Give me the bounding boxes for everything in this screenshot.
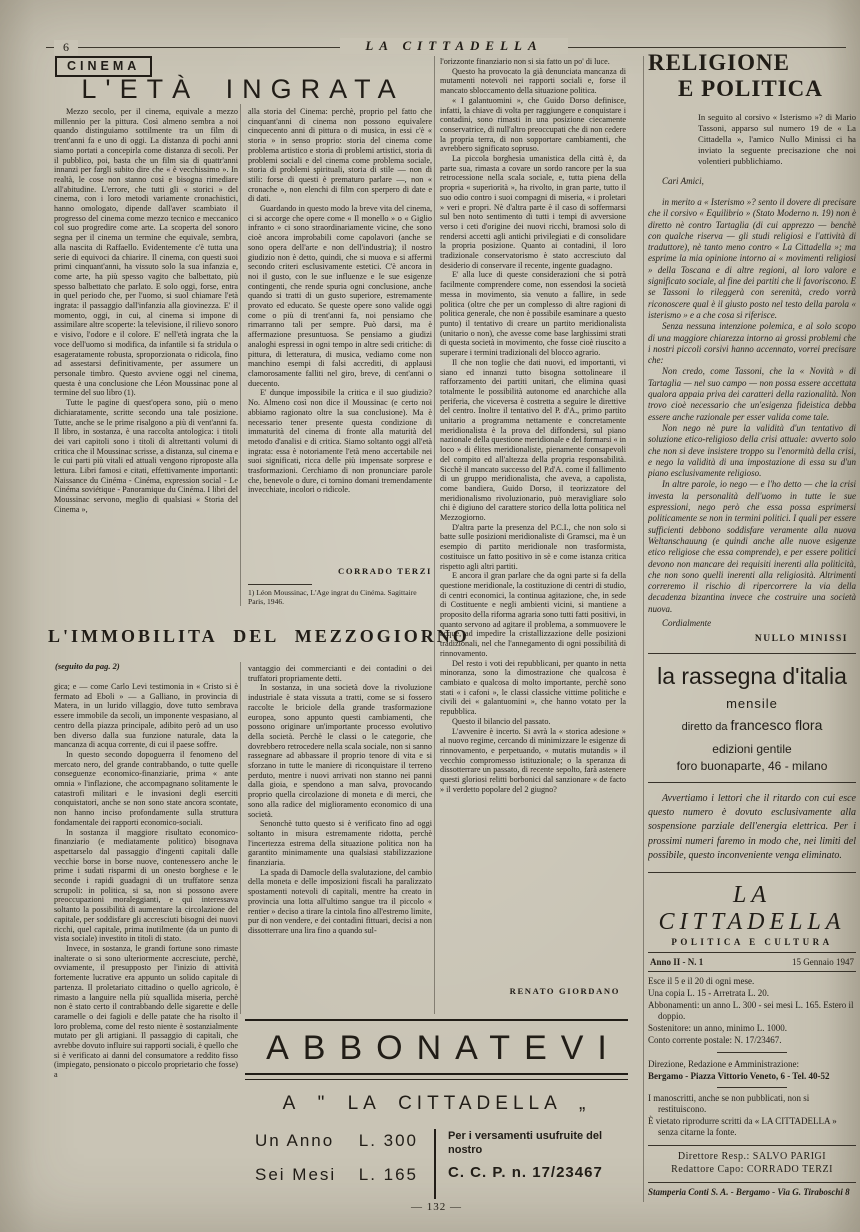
paragraph: Invece, in sostanza, le grandi fortune s… xyxy=(54,944,238,1080)
masthead-rule xyxy=(648,1182,856,1183)
rassegna-director-line: diretto da francesco flora xyxy=(648,717,856,733)
paragraph: in merito a « Isterismo »? sento il dove… xyxy=(648,197,856,321)
masthead-rule xyxy=(648,971,856,972)
rassegna-address: foro buonaparte, 46 - milano xyxy=(648,759,856,773)
director-name: francesco flora xyxy=(731,717,823,733)
price-line-half-year: Sei Mesi L. 165 xyxy=(255,1165,418,1185)
column-divider xyxy=(240,662,241,1014)
mezzogiorno-article-title: L'IMMOBILITA DEL MEZZOGIORNO xyxy=(48,626,436,647)
paragraph: L'avvenire è incerto. Si avrà la « stori… xyxy=(440,727,626,795)
page-footer-number: — 132 — xyxy=(245,1201,628,1213)
page-number: 6 xyxy=(54,40,78,55)
paragraph: D'altra parte la presenza del P.C.I., ch… xyxy=(440,523,626,572)
paragraph: E ancora il gran parlare che da ogni par… xyxy=(440,571,626,658)
issue-line: Anno II - N. 1 15 Gennaio 1947 xyxy=(648,955,856,969)
issue-date: 15 Gennaio 1947 xyxy=(792,957,854,967)
paragraph: Del resto i voti dei repubblicani, per q… xyxy=(440,659,626,717)
section-rule xyxy=(648,782,856,783)
paragraph: La piccola borghesia umanistica della ci… xyxy=(440,154,626,270)
price-value: L. 165 xyxy=(359,1165,418,1185)
subscription-ad: ABBONATEVI A " LA CITTADELLA „ Un Anno L… xyxy=(245,1019,628,1199)
mezzogiorno-column-2: vantaggio dei commercianti e dei contadi… xyxy=(248,664,432,1016)
paragraph: Tutte le pagine di quest'opera sono, più… xyxy=(54,398,238,514)
ad-double-rule xyxy=(245,1073,628,1080)
paragraph: Conto corrente postale: N. 17/23467. xyxy=(648,1035,856,1047)
directed-by-label: diretto da xyxy=(682,721,728,733)
paragraph: alla storia del Cinema: perchè, proprio … xyxy=(248,107,432,204)
cinema-article-column-2: alla storia del Cinema: perchè, proprio … xyxy=(248,107,432,565)
mezzogiorno-column-1: gica; e — come Carlo Levi testimonia in … xyxy=(54,682,238,1209)
religione-title-line2: E POLITICA xyxy=(648,76,856,102)
paragraph: Abbonamenti: un anno L. 300 - sei mesi L… xyxy=(648,1000,856,1024)
mezzogiorno-article-byline: RENATO GIORDANO xyxy=(440,986,634,996)
rassegna-frequency: mensile xyxy=(648,696,856,711)
footnote-rule xyxy=(248,584,312,585)
column-divider xyxy=(643,56,644,1202)
price-value: L. 300 xyxy=(359,1131,418,1151)
letter-closing: Cordialmente xyxy=(648,618,856,628)
paragraph: In sostanza, in una società dove la rivo… xyxy=(248,683,432,819)
subscription-pricing-row: Un Anno L. 300 Sei Mesi L. 165 Per i ver… xyxy=(245,1129,628,1199)
religione-editor-intro: In seguito al corsivo « Isterismo »? di … xyxy=(698,112,856,167)
paragraph: Questo ha provocato la già denunciata ma… xyxy=(440,67,626,96)
subscription-prices: Un Anno L. 300 Sei Mesi L. 165 xyxy=(245,1129,434,1199)
rassegna-ad-title: la rassegna d'italia xyxy=(648,663,856,690)
masthead-rule xyxy=(648,1145,856,1146)
cinema-article-column-1: Mezzo secolo, per il cinema, equivale a … xyxy=(54,107,238,607)
price-label: Sei Mesi xyxy=(255,1165,336,1185)
masthead-box-subtitle: POLITICA E CULTURA xyxy=(648,937,856,947)
issue-number: Anno II - N. 1 xyxy=(650,957,703,967)
column-divider xyxy=(434,56,435,1014)
paragraph: In altre parole, io nego — e l'ho detto … xyxy=(648,479,856,615)
paragraph: Sostenitore: un anno, minimo L. 1000. xyxy=(648,1023,856,1035)
reproduction-note: È vietato riprodurre scritti da « LA CIT… xyxy=(648,1116,856,1139)
ad-top-rule xyxy=(245,1019,628,1021)
continuation-note: (seguito da pag. 2) xyxy=(55,661,120,671)
printer-credit: Stamperia Conti S. A. - Bergamo - Via G.… xyxy=(648,1187,856,1197)
postal-account-number: C. C. P. n. 17/23467 xyxy=(448,1164,628,1181)
paragraph: In questo secondo dopoguerra il fenomeno… xyxy=(54,750,238,828)
subscription-ad-title: ABBONATEVI xyxy=(245,1029,628,1068)
editor-line: Redattore Capo: CORRADO TERZI xyxy=(648,1163,856,1177)
right-column: RELIGIONE E POLITICA In seguito al corsi… xyxy=(648,50,856,1232)
paragraph: E' dunque impossibile la critica e il su… xyxy=(248,388,432,495)
newspaper-page: 6 LA CITTADELLA CINEMA L'ETÀ INGRATA Mez… xyxy=(0,0,860,1232)
masthead-box-title: LA CITTADELLA xyxy=(648,882,856,936)
subscription-ad-subtitle: A " LA CITTADELLA „ xyxy=(245,1093,628,1115)
paragraph: Non credo, come Tassoni, che la « Novità… xyxy=(648,366,856,422)
masthead-running-title: LA CITTADELLA xyxy=(340,38,568,54)
director-line: Direttore Resp.: SALVO PARIGI xyxy=(648,1150,856,1164)
price-line-year: Un Anno L. 300 xyxy=(255,1131,418,1151)
publisher-notice: Avvertiamo i lettori che il ritardo con … xyxy=(648,792,856,863)
payment-text: Per i versamenti usufruite del nostro xyxy=(448,1129,628,1157)
paragraph: La spada di Damocle della svalutazione, … xyxy=(248,868,432,936)
paragraph: Non nego nè pure la validità d'un tentat… xyxy=(648,423,856,479)
subscription-payment-info: Per i versamenti usufruite del nostro C.… xyxy=(434,1129,628,1199)
admin-address: Bergamo - Piazza Vittorio Veneto, 6 - Te… xyxy=(648,1070,856,1082)
paragraph: gica; e — come Carlo Levi testimonia in … xyxy=(54,682,238,750)
paragraph: l'orizzonte finanziario non si sia fatto… xyxy=(440,57,626,67)
mezzogiorno-column-3: l'orizzonte finanziario non si sia fatto… xyxy=(440,57,626,983)
masthead-admin: Direzione, Redazione e Amministrazione: … xyxy=(648,1058,856,1082)
paragraph: « I galantuomini », che Guido Dorso defi… xyxy=(440,96,626,154)
paragraph: Questo il bilancio del passato. xyxy=(440,717,626,727)
letter-body: in merito a « Isterismo »? sento il dove… xyxy=(648,197,856,615)
paragraph: Il che non toglie che dati nuovi, ed imp… xyxy=(440,358,626,523)
paragraph: E' alla luce di queste considerazioni ch… xyxy=(440,270,626,357)
price-label: Un Anno xyxy=(255,1131,334,1151)
paragraph: Mezzo secolo, per il cinema, equivale a … xyxy=(54,107,238,398)
paragraph: Esce il 5 e il 20 di ogni mese. xyxy=(648,976,856,988)
letter-signature: NULLO MINISSI xyxy=(648,634,856,644)
column-divider xyxy=(240,104,241,606)
masthead-rule xyxy=(648,952,856,953)
manuscripts-note: I manoscritti, anche se non pubblicati, … xyxy=(648,1093,856,1116)
paragraph: Una copia L. 15 - Arretrata L. 20. xyxy=(648,988,856,1000)
paragraph: Senza nessuna intenzione polemica, e al … xyxy=(648,321,856,366)
masthead-info-list: Esce il 5 e il 20 di ogni mese.Una copia… xyxy=(648,976,856,1047)
rassegna-publisher: edizioni gentile xyxy=(648,742,856,756)
paragraph: In sostanza il maggiore risultato econom… xyxy=(54,828,238,944)
section-rule xyxy=(648,872,856,873)
short-rule xyxy=(717,1052,787,1053)
short-rule xyxy=(717,1087,787,1088)
religione-title-line1: RELIGIONE xyxy=(648,50,856,76)
cinema-article-byline: CORRADO TERZI xyxy=(248,566,446,576)
cinema-article-title: L'ETÀ INGRATA xyxy=(52,74,434,105)
paragraph: Senonchè tutto questo si è verificato fi… xyxy=(248,819,432,868)
admin-label: Direzione, Redazione e Amministrazione: xyxy=(648,1058,856,1070)
letter-salutation: Cari Amici, xyxy=(648,176,856,186)
section-rule xyxy=(648,653,856,654)
paragraph: vantaggio dei commercianti e dei contadi… xyxy=(248,664,432,683)
paragraph: Guardando in questo modo la breve vita d… xyxy=(248,204,432,388)
cinema-article-footnote: 1) Léon Moussinac, L'Age ingrat du Ciném… xyxy=(248,588,432,606)
